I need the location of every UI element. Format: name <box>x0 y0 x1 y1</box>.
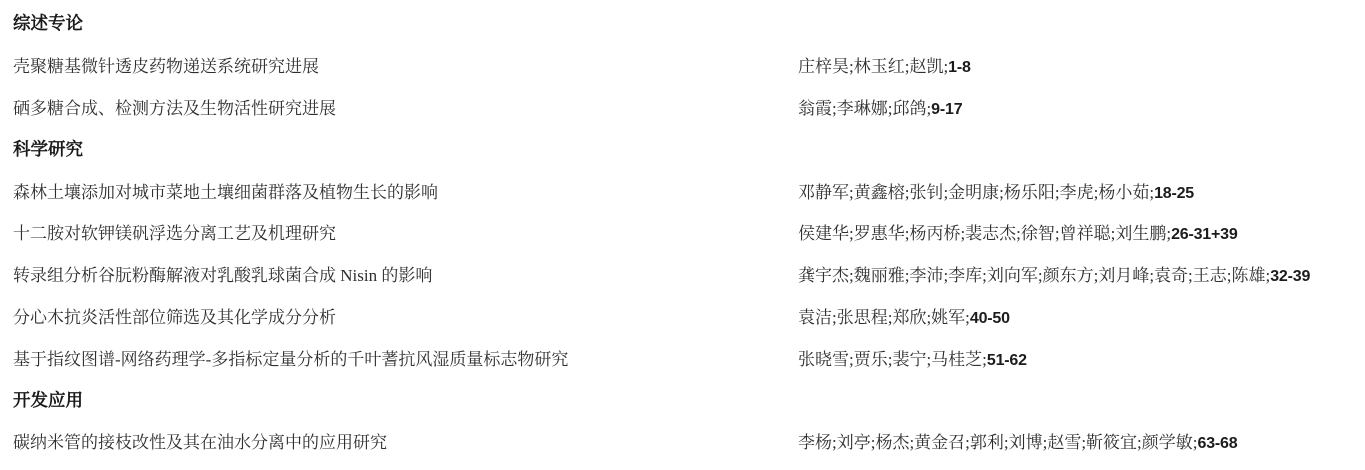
toc-entry-row: 碳纳米管的接枝改性及其在油水分离中的应用研究 李杨;刘亭;杨杰;黄金召;郭利;刘… <box>0 420 1365 462</box>
article-title: 硒多糖合成、检测方法及生物活性研究进展 <box>0 94 798 119</box>
section-header-row: 综述专论 <box>0 2 1365 44</box>
authors-text: 李杨;刘亭;杨杰;黄金召;郭利;刘博;赵雪;靳筱宜;颜学敏; <box>798 433 1198 452</box>
authors-text: 侯建华;罗惠华;杨丙桥;裴志杰;徐智;曾祥聪;刘生鹏; <box>798 224 1171 243</box>
toc-entry-row: 十二胺对软钾镁矾浮选分离工艺及机理研究 侯建华;罗惠华;杨丙桥;裴志杰;徐智;曾… <box>0 211 1365 253</box>
article-authors: 袁洁;张思程;郑欣;姚军;40-50 <box>798 303 1365 328</box>
authors-text: 庄梓昊;林玉红;赵凯; <box>798 57 948 76</box>
section-header-row: 科学研究 <box>0 127 1365 169</box>
article-authors: 庄梓昊;林玉红;赵凯;1-8 <box>798 52 1365 77</box>
page-range: 51-62 <box>987 352 1027 369</box>
article-authors: 龚宇杰;魏丽雅;李沛;李库;刘向军;颜东方;刘月峰;袁奇;王志;陈雄;32-39 <box>798 261 1365 286</box>
toc-entry-row: 转录组分析谷朊粉酶解液对乳酸乳球菌合成 Nisin 的影响 龚宇杰;魏丽雅;李沛… <box>0 253 1365 295</box>
authors-text: 袁洁;张思程;郑欣;姚军; <box>798 308 970 327</box>
page-range: 40-50 <box>970 310 1010 327</box>
page-range: 32-39 <box>1270 268 1310 285</box>
authors-text: 张晓雪;贾乐;裴宁;马桂芝; <box>798 350 987 369</box>
article-title: 转录组分析谷朊粉酶解液对乳酸乳球菌合成 Nisin 的影响 <box>0 261 798 286</box>
article-title: 碳纳米管的接枝改性及其在油水分离中的应用研究 <box>0 428 798 453</box>
article-authors: 翁霞;李琳娜;邱鸽;9-17 <box>798 94 1365 119</box>
page-range: 18-25 <box>1154 185 1194 202</box>
article-title: 基于指纹图谱-网络药理学-多指标定量分析的千叶蓍抗风湿质量标志物研究 <box>0 345 798 370</box>
article-authors: 侯建华;罗惠华;杨丙桥;裴志杰;徐智;曾祥聪;刘生鹏;26-31+39 <box>798 219 1365 244</box>
authors-text: 邓静军;黄鑫榕;张钊;金明康;杨乐阳;李虎;杨小茹; <box>798 183 1154 202</box>
authors-text: 翁霞;李琳娜;邱鸽; <box>798 99 931 118</box>
article-title: 森林土壤添加对城市菜地土壤细菌群落及植物生长的影响 <box>0 178 798 203</box>
page-range: 26-31+39 <box>1171 226 1237 243</box>
section-header: 科学研究 <box>0 136 83 161</box>
toc-entry-row: 基于指纹图谱-网络药理学-多指标定量分析的千叶蓍抗风湿质量标志物研究 张晓雪;贾… <box>0 336 1365 378</box>
page-range: 63-68 <box>1198 435 1238 452</box>
page-range: 1-8 <box>948 59 971 76</box>
article-authors: 邓静军;黄鑫榕;张钊;金明康;杨乐阳;李虎;杨小茹;18-25 <box>798 178 1365 203</box>
authors-text: 龚宇杰;魏丽雅;李沛;李库;刘向军;颜东方;刘月峰;袁奇;王志;陈雄; <box>798 266 1270 285</box>
article-title: 壳聚糖基微针透皮药物递送系统研究进展 <box>0 52 798 77</box>
article-authors: 张晓雪;贾乐;裴宁;马桂芝;51-62 <box>798 345 1365 370</box>
section-header: 开发应用 <box>0 387 83 412</box>
toc-entry-row: 壳聚糖基微针透皮药物递送系统研究进展 庄梓昊;林玉红;赵凯;1-8 <box>0 44 1365 86</box>
article-title: 十二胺对软钾镁矾浮选分离工艺及机理研究 <box>0 219 798 244</box>
article-authors: 李杨;刘亭;杨杰;黄金召;郭利;刘博;赵雪;靳筱宜;颜学敏;63-68 <box>798 428 1365 453</box>
toc-entry-row: 分心木抗炎活性部位筛选及其化学成分分析 袁洁;张思程;郑欣;姚军;40-50 <box>0 295 1365 337</box>
page-range: 9-17 <box>931 101 962 118</box>
toc-entry-row: 硒多糖合成、检测方法及生物活性研究进展 翁霞;李琳娜;邱鸽;9-17 <box>0 86 1365 128</box>
article-title: 分心木抗炎活性部位筛选及其化学成分分析 <box>0 303 798 328</box>
section-header-row: 开发应用 <box>0 378 1365 420</box>
toc-entry-row: 森林土壤添加对城市菜地土壤细菌群落及植物生长的影响 邓静军;黄鑫榕;张钊;金明康… <box>0 169 1365 211</box>
journal-toc: 综述专论 壳聚糖基微针透皮药物递送系统研究进展 庄梓昊;林玉红;赵凯;1-8 硒… <box>0 0 1365 462</box>
section-header: 综述专论 <box>0 10 83 35</box>
